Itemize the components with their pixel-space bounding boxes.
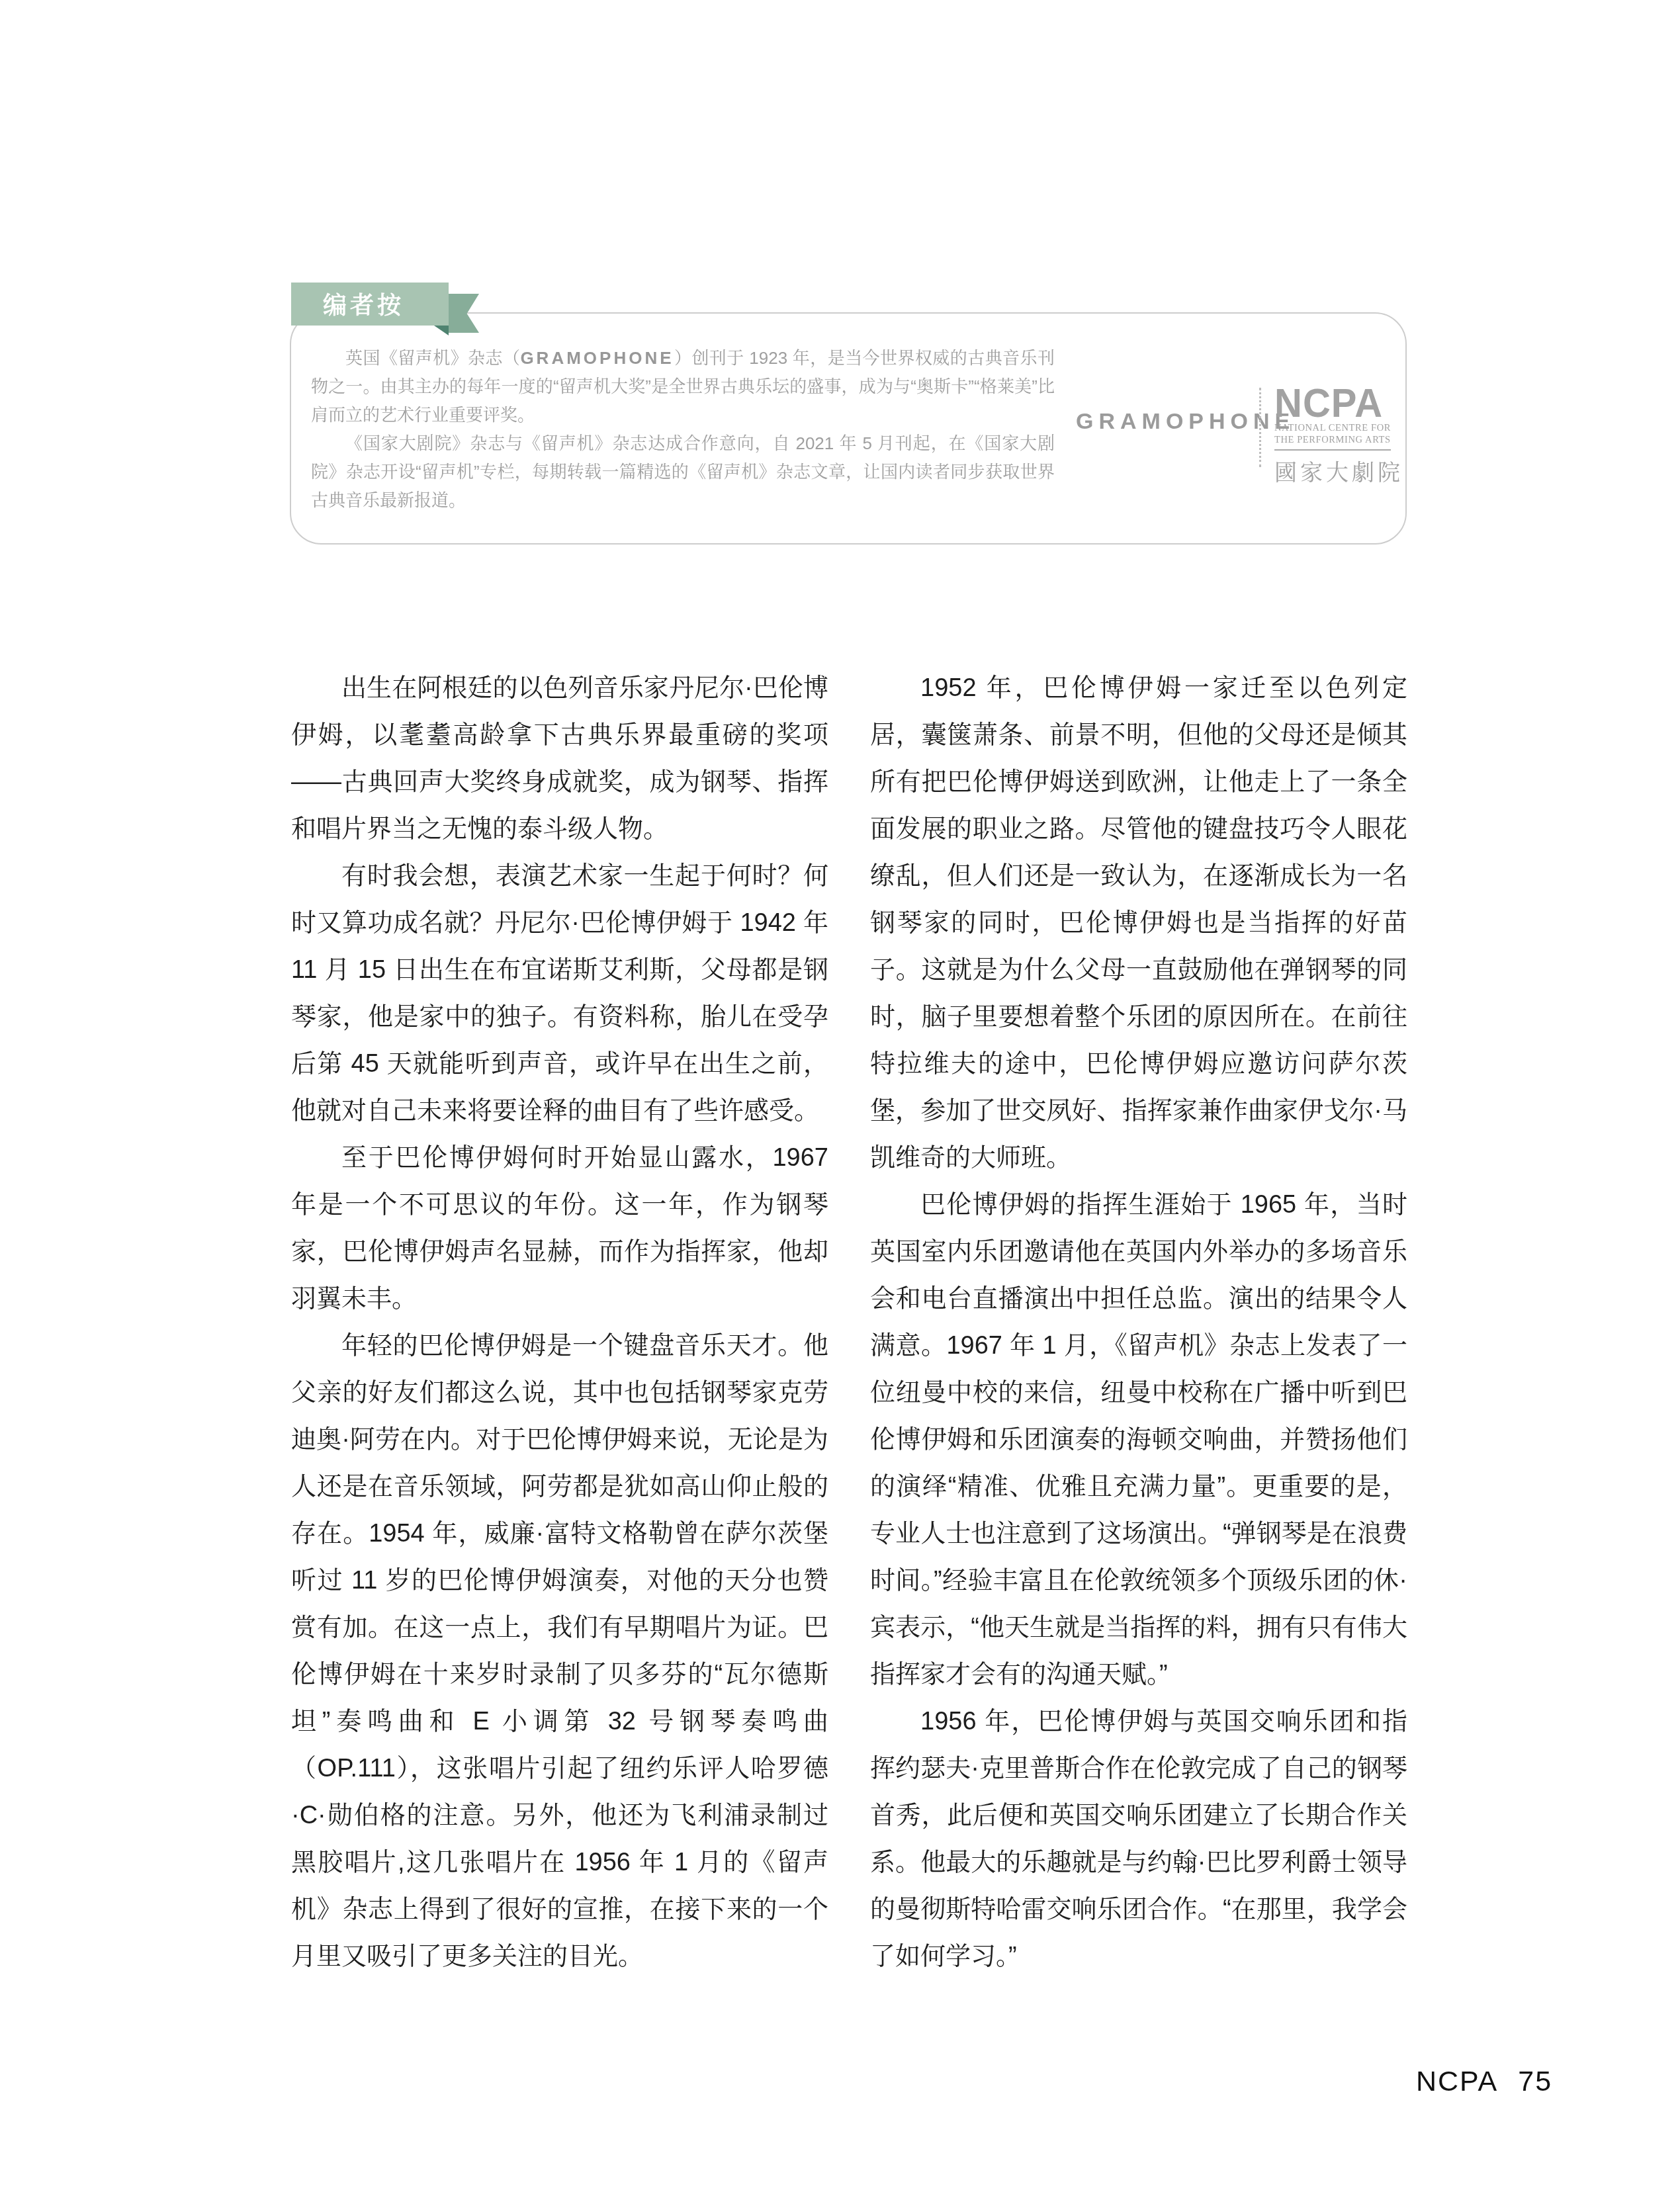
editor-note-ribbon: 编者按	[291, 283, 449, 326]
ncpa-rule	[1274, 449, 1391, 451]
ncpa-chinese-name: 國家大劇院	[1274, 455, 1400, 487]
paragraph: 1956 年，巴伦博伊姆与英国交响乐团和指挥约瑟夫·克里普斯合作在伦敦完成了自己…	[870, 1698, 1407, 1980]
ncpa-subtitle-line2: THE PERFORMING ARTS	[1274, 434, 1400, 446]
article-column-right: 1952 年，巴伦博伊姆一家迁至以色列定居，囊箧萧条、前景不明，但他的父母还是倾…	[870, 665, 1407, 1980]
page-number: 75	[1518, 2066, 1552, 2097]
gramophone-logo: GRAMOPHONE	[1076, 409, 1255, 435]
ncpa-acronym: NCPA	[1274, 384, 1400, 424]
editor-note-paragraph-1: 英国《留声机》杂志（GRAMOPHONE）创刊于 1923 年，是当今世界权威的…	[311, 344, 1055, 429]
ribbon-label: 编者按	[291, 287, 404, 321]
magazine-page: 编者按 英国《留声机》杂志（GRAMOPHONE）创刊于 1923 年，是当今世…	[0, 0, 1680, 2188]
paragraph: 1952 年，巴伦博伊姆一家迁至以色列定居，囊箧萧条、前景不明，但他的父母还是倾…	[870, 665, 1407, 1182]
article-column-left: 出生在阿根廷的以色列音乐家丹尼尔·巴伦博伊姆，以耄耋高龄拿下古典乐界最重磅的奖项…	[291, 665, 828, 1980]
paragraph: 巴伦博伊姆的指挥生涯始于 1965 年，当时英国室内乐团邀请他在英国内外举办的多…	[870, 1182, 1407, 1698]
paragraph: 有时我会想，表演艺术家一生起于何时？何时又算功成名就？丹尼尔·巴伦博伊姆于 19…	[291, 853, 828, 1135]
editor-note-text: 英国《留声机》杂志（GRAMOPHONE）创刊于 1923 年，是当今世界权威的…	[311, 344, 1055, 515]
editor-note-paragraph-2: 《国家大剧院》杂志与《留声机》杂志达成合作意向，自 2021 年 5 月刊起，在…	[311, 429, 1055, 515]
paragraph: 至于巴伦博伊姆何时开始显山露水，1967 年是一个不可思议的年份。这一年，作为钢…	[291, 1135, 828, 1323]
page-footer: NCPA75	[1416, 2066, 1552, 2098]
footer-brand: NCPA	[1416, 2066, 1498, 2097]
ncpa-logo: NCPA NATIONAL CENTRE FOR THE PERFORMING …	[1274, 384, 1400, 487]
editor-note-p1-pre: 英国《留声机》杂志（	[345, 348, 520, 368]
paragraph: 出生在阿根廷的以色列音乐家丹尼尔·巴伦博伊姆，以耄耋高龄拿下古典乐界最重磅的奖项…	[291, 665, 828, 853]
dotted-divider	[1259, 388, 1261, 467]
gramophone-inline-brand: GRAMOPHONE	[520, 348, 674, 368]
paragraph: 年轻的巴伦博伊姆是一个键盘音乐天才。他父亲的好友们都这么说，其中也包括钢琴家克劳…	[291, 1323, 828, 1980]
